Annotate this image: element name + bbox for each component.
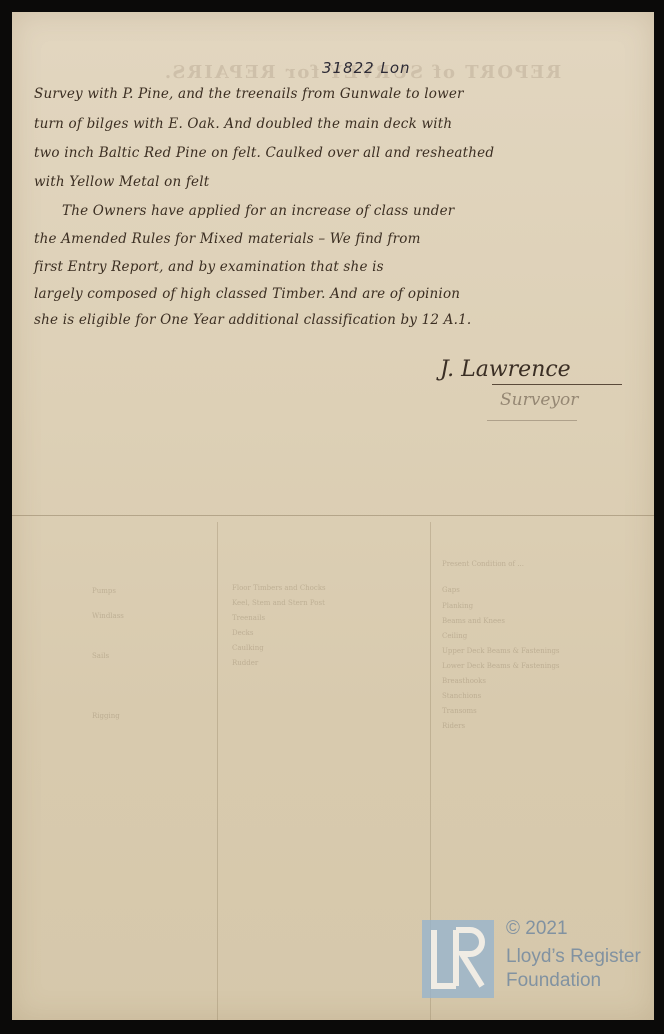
ghost-form-field: Beams and Knees (442, 617, 505, 625)
ghost-form-field: Breasthooks (442, 677, 486, 685)
handwritten-line: largely composed of high classed Timber.… (34, 286, 460, 302)
handwritten-line: the Amended Rules for Mixed materials – … (34, 231, 421, 247)
ghost-form-field: Present Condition of ... (442, 560, 524, 568)
ghost-form-field: Sails (92, 652, 109, 660)
ghost-form-field: Ceiling (442, 632, 467, 640)
lloyds-register-watermark: © 2021 Lloyd’s Register Foundation (422, 918, 664, 1000)
handwritten-line: first Entry Report, and by examination t… (34, 259, 384, 275)
document-page: REPORT of SURVEY for REPAIRS. 31822 Lon … (12, 12, 654, 1020)
ghost-form-field: Riders (442, 722, 465, 730)
signature-underline (492, 384, 622, 385)
handwritten-line: two inch Baltic Red Pine on felt. Caulke… (34, 145, 494, 161)
ghost-form-field: Caulking (232, 644, 264, 652)
watermark-org-foundation: Foundation (506, 970, 601, 992)
handwritten-line: she is eligible for One Year additional … (34, 312, 471, 328)
ghost-form-field: Rigging (92, 712, 120, 720)
handwritten-line: Survey with P. Pine, and the treenails f… (34, 86, 464, 102)
signature-title: Surveyor (500, 390, 578, 410)
ghost-form-field: Lower Deck Beams & Fastenings (442, 662, 560, 670)
reference-number: 31822 Lon (322, 59, 411, 77)
ghost-form-field: Keel, Stem and Stern Post (232, 599, 325, 607)
lr-logo-icon (422, 920, 494, 998)
watermark-copyright: © 2021 (506, 918, 568, 940)
ghost-form-field: Transoms (442, 707, 477, 715)
handwritten-line: The Owners have applied for an increase … (62, 203, 454, 219)
signature-name: J. Lawrence (440, 357, 571, 382)
ghost-form-field: Stanchions (442, 692, 481, 700)
fold-line-horizontal (12, 515, 654, 516)
fold-line-vertical (217, 522, 218, 1020)
handwritten-line: with Yellow Metal on felt (34, 174, 209, 190)
ghost-form-field: Floor Timbers and Chocks (232, 584, 326, 592)
ghost-form-field: Rudder (232, 659, 258, 667)
watermark-org-name: Lloyd’s Register (506, 946, 641, 968)
signature-underline (487, 420, 577, 421)
handwritten-line: turn of bilges with E. Oak. And doubled … (34, 116, 452, 132)
ghost-form-field: Treenails (232, 614, 265, 622)
ghost-form-field: Pumps (92, 587, 116, 595)
ghost-form-field: Upper Deck Beams & Fastenings (442, 647, 560, 655)
ghost-form-field: Planking (442, 602, 473, 610)
ghost-form-field: Decks (232, 629, 254, 637)
ghost-form-field: Gaps (442, 586, 460, 594)
ghost-form-field: Windlass (92, 612, 124, 620)
